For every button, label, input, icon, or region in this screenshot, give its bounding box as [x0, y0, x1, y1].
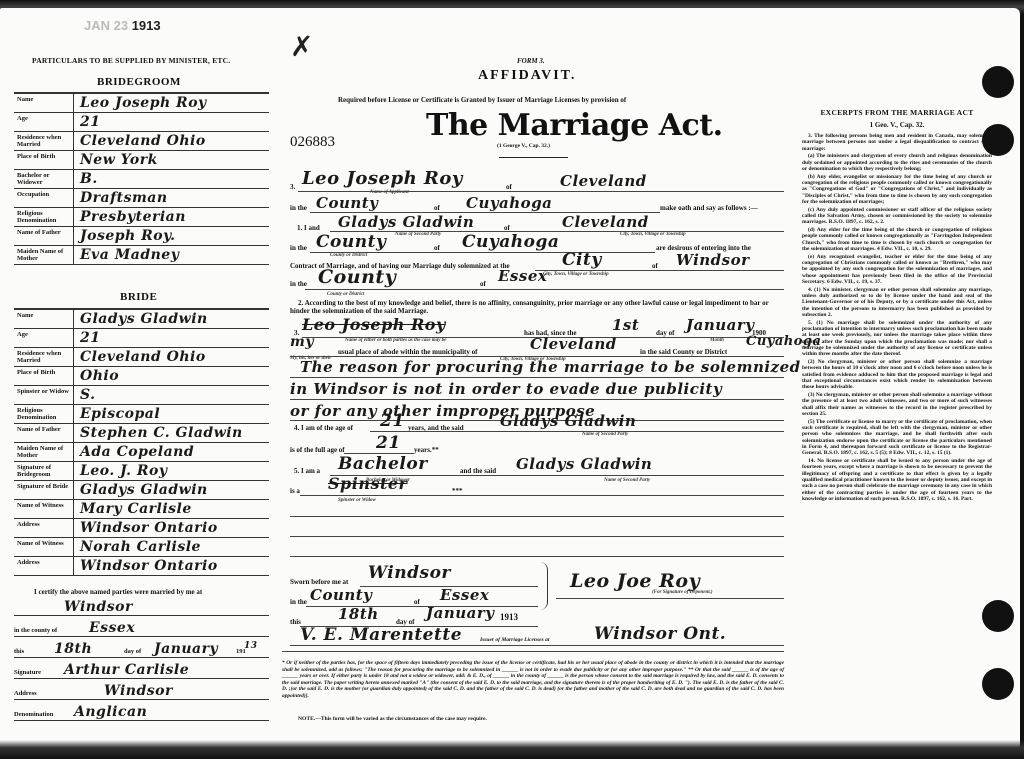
affidavit-footnote: * Or if neither of the parties has, for …: [282, 660, 784, 700]
bride-heading: BRIDE: [120, 291, 157, 303]
field-value: Eva Madney: [74, 246, 269, 264]
residence-since-month: January: [686, 316, 754, 334]
table-row: AddressWindsor Ontario: [14, 557, 269, 576]
excerpt-paragraph: 3. The following persons being men and r…: [802, 133, 992, 152]
field-label: Maiden Name of Mother: [14, 443, 74, 461]
field-value: B.: [74, 170, 269, 188]
table-row: Age21: [14, 329, 269, 348]
excerpt-paragraph: (5) The certificate or license to marry …: [802, 419, 992, 457]
field-value: Leo. J. Roy: [74, 462, 269, 480]
table-row: Residence when MarriedCleveland Ohio: [14, 132, 269, 151]
excerpt-paragraph: (b) Any elder, evangelist or missionary …: [802, 174, 992, 205]
table-row: Place of BirthOhio: [14, 367, 269, 386]
marriage-day: 18th: [54, 641, 92, 657]
punch-hole: [982, 600, 1014, 632]
applicant-place: Cleveland: [560, 172, 647, 190]
marriage-act-excerpts: EXCERPTS FROM THE MARRIAGE ACT 1 Geo. V.…: [802, 108, 992, 504]
field-label: Bachelor or Widower: [14, 170, 74, 188]
punch-hole: [982, 66, 1014, 98]
table-row: NameGladys Gladwin: [14, 310, 269, 329]
field-value: Gladys Gladwin: [74, 481, 269, 499]
second-party-status: Spinster: [328, 474, 407, 493]
excerpt-paragraph: 14. No license or certificate shall be i…: [802, 458, 992, 502]
marriage-month: January: [154, 641, 218, 657]
field-label: Name: [14, 310, 74, 328]
bridegroom-table: NameLeo Joseph RoyAge21Residence when Ma…: [14, 92, 269, 265]
marriage-county: Essex: [89, 620, 135, 636]
certification-statement: I certify the above named parties were m…: [14, 588, 269, 598]
punch-hole: [982, 668, 1014, 700]
excerpt-paragraph: (3) No clergyman, minister or other pers…: [802, 392, 992, 417]
reason-line-2: in Windsor is not in order to evade due …: [290, 380, 722, 398]
residence-party-name: Leo Joseph Roy: [302, 315, 446, 334]
field-value: Gladys Gladwin: [74, 310, 269, 328]
applicant-name: Leo Joseph Roy: [302, 168, 463, 189]
second-party-name: Gladys Gladwin: [338, 213, 474, 231]
field-label: Name: [14, 94, 74, 112]
excerpt-paragraph: (c) Any duly appointed commissioner or s…: [802, 207, 992, 226]
received-date-stamp: JAN 23 1913: [84, 18, 161, 33]
table-row: Religious DenominationEpiscopal: [14, 405, 269, 424]
excerpts-subtitle: 1 Geo. V., Cap. 32.: [802, 121, 992, 129]
field-value: Episcopal: [74, 405, 269, 423]
table-row: Name of WitnessNorah Carlisle: [14, 538, 269, 557]
field-value: Windsor Ontario: [74, 557, 269, 575]
field-label: Place of Birth: [14, 151, 74, 169]
table-row: Religious DenominationPresbyterian: [14, 208, 269, 227]
field-label: Name of Father: [14, 227, 74, 245]
excerpt-paragraph: 4. (1) No minister, clergyman or other p…: [802, 287, 992, 318]
field-label: Religious Denomination: [14, 405, 74, 423]
act-reference: (1 George V., Cap. 32.): [497, 143, 550, 149]
sworn-place: Windsor: [368, 563, 451, 583]
table-row: NameLeo Joseph Roy: [14, 94, 269, 113]
field-value: S.: [74, 386, 269, 404]
table-row: Spinster or WidowS.: [14, 386, 269, 405]
field-label: Address: [14, 519, 74, 537]
form-note: NOTE.—This form will be varied as the ci…: [298, 716, 487, 722]
table-row: Maiden Name of MotherEva Madney: [14, 246, 269, 265]
field-value: Cleveland Ohio: [74, 132, 269, 150]
excerpt-paragraph: 5. (1) No marriage shall be solemnized u…: [802, 320, 992, 358]
field-value: Mary Carlisle: [74, 500, 269, 518]
field-label: Spinster or Widow: [14, 386, 74, 404]
table-row: Name of FatherJoseph Roy.: [14, 227, 269, 246]
field-label: Name of Witness: [14, 538, 74, 556]
field-value: Presbyterian: [74, 208, 269, 226]
second-party-age: 21: [376, 433, 401, 453]
minister-signature: Arthur Carlisle: [64, 662, 189, 678]
marriage-venue-place: Windsor: [676, 251, 750, 269]
field-label: Name of Witness: [14, 500, 74, 518]
minister-denomination: Anglican: [74, 704, 147, 720]
field-label: Signature of Bridegroom: [14, 462, 74, 480]
second-party-name-status: Gladys Gladwin: [516, 455, 652, 473]
applicant-status: Bachelor: [338, 454, 428, 474]
field-value: Draftsman: [74, 189, 269, 207]
serial-number: 026883: [290, 134, 335, 151]
marriage-venue-county: Essex: [498, 267, 547, 285]
field-label: Signature of Bride: [14, 481, 74, 499]
sworn-bracket: [540, 562, 548, 610]
table-row: Place of BirthNew York: [14, 151, 269, 170]
field-label: Occupation: [14, 189, 74, 207]
x-mark-icon: ✗: [290, 30, 313, 63]
punch-hole: [982, 124, 1014, 156]
field-value: Leo Joseph Roy: [74, 94, 269, 112]
field-label: Maiden Name of Mother: [14, 246, 74, 264]
second-party-name-age: Gladys Gladwin: [500, 412, 636, 430]
field-label: Residence when Married: [14, 132, 74, 150]
reason-line-1: The reason for procuring the marriage to…: [300, 358, 801, 376]
field-label: Address: [14, 557, 74, 575]
field-label: Age: [14, 329, 74, 347]
excerpts-title: EXCERPTS FROM THE MARRIAGE ACT: [802, 108, 992, 117]
excerpt-paragraph: (d) Any elder for the time being of the …: [802, 227, 992, 252]
field-label: Name of Father: [14, 424, 74, 442]
field-value: Cleveland Ohio: [74, 348, 269, 366]
minister-certification: I certify the above named parties were m…: [14, 588, 269, 721]
field-value: 21: [74, 113, 269, 131]
residence-since-day: 1st: [612, 316, 639, 334]
table-row: Name of WitnessMary Carlisle: [14, 500, 269, 519]
sworn-county: Essex: [440, 586, 489, 604]
field-value: New York: [74, 151, 269, 169]
sworn-day: 18th: [338, 605, 379, 623]
excerpt-paragraph: (e) Any recognized evangelist, teacher o…: [802, 254, 992, 285]
table-row: AddressWindsor Ontario: [14, 519, 269, 538]
table-row: Bachelor or WidowerB.: [14, 170, 269, 189]
field-value: Ada Copeland: [74, 443, 269, 461]
field-label: Religious Denomination: [14, 208, 74, 226]
bridegroom-heading: BRIDEGROOM: [97, 76, 181, 88]
table-row: Age21: [14, 113, 269, 132]
field-label: Residence when Married: [14, 348, 74, 366]
table-row: Residence when MarriedCleveland Ohio: [14, 348, 269, 367]
table-row: Signature of BridegroomLeo. J. Roy: [14, 462, 269, 481]
issuer-place: Windsor Ont.: [594, 624, 726, 644]
field-value: Windsor Ontario: [74, 519, 269, 537]
field-value: 21: [74, 329, 269, 347]
table-row: Name of FatherStephen C. Gladwin: [14, 424, 269, 443]
scan-bottom-edge: [0, 740, 1024, 759]
excerpt-paragraph: (2) No clergyman, minister or other pers…: [802, 359, 992, 390]
field-value: Stephen C. Gladwin: [74, 424, 269, 442]
marriage-place: Windsor: [64, 599, 133, 615]
deponent-signature: Leo Joe Roy: [570, 570, 700, 592]
field-label: Place of Birth: [14, 367, 74, 385]
excerpt-paragraph: (a) The ministers and clergymen of every…: [802, 153, 992, 172]
form-number: FORM 3.: [517, 57, 545, 65]
issuer-name: V. E. Marentette: [300, 625, 462, 645]
applicant-county: Cuyahoga: [466, 194, 552, 212]
sworn-month: January: [426, 604, 494, 622]
bride-table: NameGladys GladwinAge21Residence when Ma…: [14, 308, 269, 576]
table-row: Maiden Name of MotherAda Copeland: [14, 443, 269, 462]
required-text: Required before License or Certificate i…: [338, 96, 626, 104]
item-2-statement: 2. According to the best of my knowledge…: [290, 299, 784, 315]
sworn-year: 1913: [500, 612, 518, 622]
affidavit-title: AFFIDAVIT.: [478, 68, 576, 84]
field-value: Ohio: [74, 367, 269, 385]
table-row: OccupationDraftsman: [14, 189, 269, 208]
field-value: Norah Carlisle: [74, 538, 269, 556]
marriage-venue-type: City: [562, 250, 602, 270]
field-label: Age: [14, 113, 74, 131]
title-rule: [499, 157, 568, 158]
table-row: Signature of BrideGladys Gladwin: [14, 481, 269, 500]
field-value: Joseph Roy.: [74, 227, 269, 245]
particulars-title: PARTICULARS TO BE SUPPLIED BY MINISTER, …: [32, 56, 230, 65]
second-party-place: Cleveland: [562, 213, 649, 231]
applicant-age: 21: [380, 411, 405, 431]
residence-municipality: Cleveland: [530, 335, 617, 353]
marriage-act-title: The Marriage Act.: [426, 108, 723, 143]
minister-address: Windsor: [104, 683, 173, 699]
